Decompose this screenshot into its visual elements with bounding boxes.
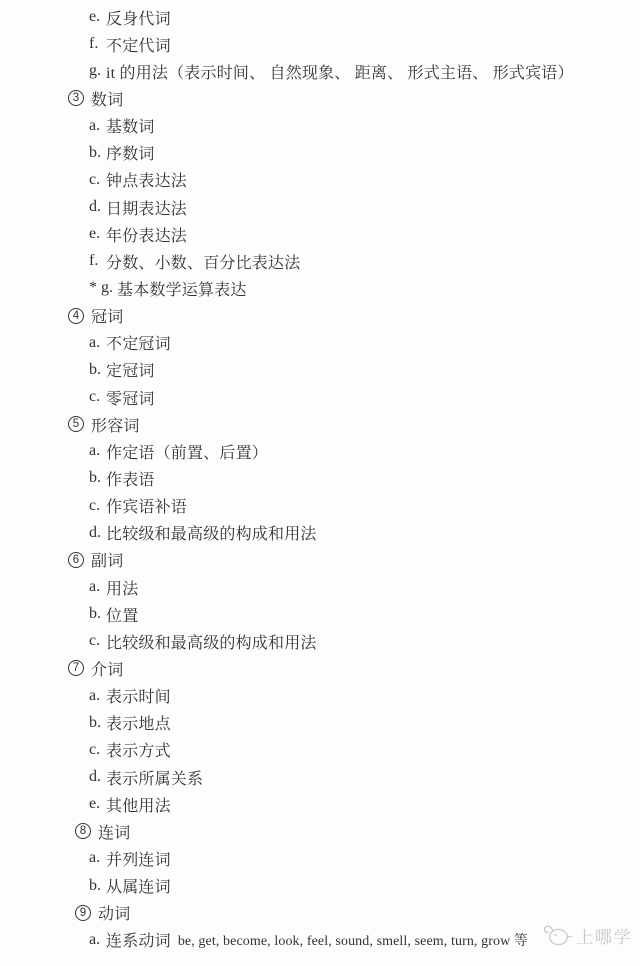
item-text: 作定语（前置、后置） xyxy=(106,440,268,463)
circled-number: 3 xyxy=(68,90,84,106)
item-marker: e. xyxy=(89,8,102,26)
outline-item: b. 位置 xyxy=(0,601,640,628)
outline-item: a. 作定语（前置、后置） xyxy=(0,438,640,465)
item-text: 年份表达法 xyxy=(106,223,187,246)
item-marker: a. xyxy=(89,687,102,705)
outline-item: a. 用法 xyxy=(0,573,640,600)
outline-item: b. 从属连词 xyxy=(0,872,640,899)
outline-item: f. 不定代词 xyxy=(0,31,640,58)
outline-item: a. 基数词 xyxy=(0,112,640,139)
outline-item: 5 形容词 xyxy=(0,411,640,438)
item-text: 位置 xyxy=(106,603,138,626)
outline-item: e. 反身代词 xyxy=(0,4,640,31)
outline-item: 3 数词 xyxy=(0,85,640,112)
item-text: 不定代词 xyxy=(106,33,171,56)
item-marker: c. xyxy=(89,388,102,406)
outline-item: c. 比较级和最高级的构成和用法 xyxy=(0,628,640,655)
item-text: 钟点表达法 xyxy=(106,168,187,191)
outline-item: g. it 的用法（表示时间、 自然现象、 距离、 形式主语、 形式宾语） xyxy=(0,58,640,85)
circled-number: 5 xyxy=(68,416,84,432)
outline-item: b. 作表语 xyxy=(0,465,640,492)
circled-number: 8 xyxy=(75,823,91,839)
item-text: 表示所属关系 xyxy=(106,766,203,789)
outline-item: d. 表示所属关系 xyxy=(0,763,640,790)
outline-item: a. 并列连词 xyxy=(0,845,640,872)
document-page: e. 反身代词 f. 不定代词 g. it 的用法（表示时间、 自然现象、 距离… xyxy=(0,0,640,966)
outline-item: 6 副词 xyxy=(0,546,640,573)
item-text: 日期表达法 xyxy=(106,196,187,219)
item-marker: a. xyxy=(89,334,102,352)
item-text: 反身代词 xyxy=(106,6,171,29)
item-text: 表示时间 xyxy=(106,684,171,707)
item-marker: b. xyxy=(89,714,102,732)
item-marker: c. xyxy=(89,171,102,189)
brand-name: 上哪学 xyxy=(577,923,633,948)
outline-item: c. 零冠词 xyxy=(0,383,640,410)
item-text: 作表语 xyxy=(106,467,155,490)
item-text: 连词 xyxy=(98,820,130,843)
item-text: 基本数学运算表达 xyxy=(117,277,247,300)
item-marker: e. xyxy=(89,225,102,243)
item-marker: c. xyxy=(89,497,102,515)
item-marker: a. xyxy=(89,849,102,867)
item-text: 基数词 xyxy=(106,114,155,137)
item-text: it 的用法（表示时间、 自然现象、 距离、 形式主语、 形式宾语） xyxy=(106,60,574,83)
item-text: 分数、小数、百分比表达法 xyxy=(106,250,300,273)
item-text: 形容词 xyxy=(91,413,140,436)
outline-item: * g. 基本数学运算表达 xyxy=(0,275,640,302)
item-text: 副词 xyxy=(91,548,123,571)
item-marker: a. xyxy=(89,442,102,460)
outline-item: 7 介词 xyxy=(0,655,640,682)
outline-item: d. 日期表达法 xyxy=(0,193,640,220)
item-text: 介词 xyxy=(91,657,123,680)
item-marker: b. xyxy=(89,605,102,623)
item-marker: * g. xyxy=(89,279,113,297)
outline-item: c. 作宾语补语 xyxy=(0,492,640,519)
item-marker: b. xyxy=(89,361,102,379)
outline-item: a. 不定冠词 xyxy=(0,329,640,356)
item-text: 数词 xyxy=(91,87,123,110)
outline-item: d. 比较级和最高级的构成和用法 xyxy=(0,519,640,546)
item-text: 用法 xyxy=(106,576,138,599)
item-text: 比较级和最高级的构成和用法 xyxy=(106,521,317,544)
shangnaxue-logo-icon xyxy=(542,922,572,948)
item-text: 并列连词 xyxy=(106,847,171,870)
outline-item: b. 序数词 xyxy=(0,139,640,166)
item-marker: c. xyxy=(89,741,102,759)
item-text: 动词 xyxy=(98,901,130,924)
outline-item: c. 表示方式 xyxy=(0,736,640,763)
item-marker: b. xyxy=(89,144,102,162)
item-marker: b. xyxy=(89,877,102,895)
item-text: 不定冠词 xyxy=(106,331,171,354)
circled-number: 6 xyxy=(68,552,84,568)
item-marker: d. xyxy=(89,768,102,786)
outline-item: a. 表示时间 xyxy=(0,682,640,709)
item-text: 比较级和最高级的构成和用法 xyxy=(106,630,317,653)
item-text: 作宾语补语 xyxy=(106,494,187,517)
outline-item: c. 钟点表达法 xyxy=(0,166,640,193)
item-text: 从属连词 xyxy=(106,874,171,897)
item-marker: g. xyxy=(89,62,102,80)
item-marker: a. xyxy=(89,931,102,949)
item-text: 表示方式 xyxy=(106,738,171,761)
item-marker: e. xyxy=(89,795,102,813)
item-text: 其他用法 xyxy=(106,793,171,816)
circled-number: 7 xyxy=(68,660,84,676)
outline-item: 4 冠词 xyxy=(0,302,640,329)
grammar-outline-list: e. 反身代词 f. 不定代词 g. it 的用法（表示时间、 自然现象、 距离… xyxy=(0,0,640,953)
outline-item: 8 连词 xyxy=(0,818,640,845)
item-marker: f. xyxy=(89,35,102,53)
item-text: 零冠词 xyxy=(106,386,155,409)
item-marker: a. xyxy=(89,578,102,596)
watermark: 上哪学 xyxy=(542,922,633,948)
item-text-english: be, get, become, look, feel, sound, smel… xyxy=(178,930,528,950)
item-text: 冠词 xyxy=(91,304,123,327)
outline-item: b. 定冠词 xyxy=(0,356,640,383)
item-marker: a. xyxy=(89,117,102,135)
item-marker: d. xyxy=(89,198,102,216)
item-marker: b. xyxy=(89,469,102,487)
item-text: 序数词 xyxy=(106,141,155,164)
item-marker: c. xyxy=(89,632,102,650)
outline-item: b. 表示地点 xyxy=(0,709,640,736)
circled-number: 9 xyxy=(75,905,91,921)
outline-item: e. 年份表达法 xyxy=(0,221,640,248)
item-marker: f. xyxy=(89,252,102,270)
outline-item: e. 其他用法 xyxy=(0,791,640,818)
item-text: 连系动词 xyxy=(106,928,171,951)
outline-item: f. 分数、小数、百分比表达法 xyxy=(0,248,640,275)
item-marker: d. xyxy=(89,524,102,542)
item-text: 表示地点 xyxy=(106,711,171,734)
circled-number: 4 xyxy=(68,308,84,324)
item-text: 定冠词 xyxy=(106,358,155,381)
